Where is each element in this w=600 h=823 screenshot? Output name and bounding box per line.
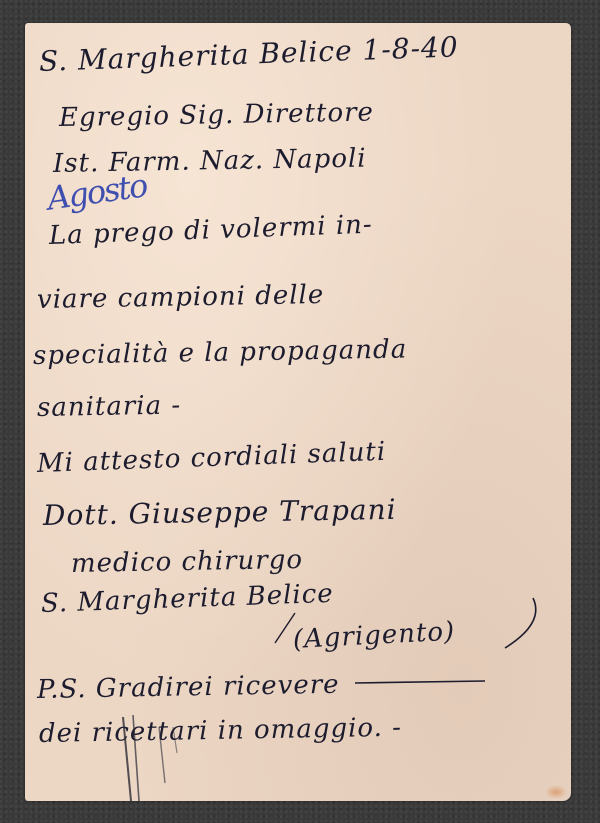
body-line-2: viare campioni delle	[37, 280, 325, 315]
signature-title: medico chirurgo	[71, 545, 304, 579]
addressee-line-1: Egregio Sig. Direttore	[59, 98, 374, 133]
body-line-1: La prego di volermi in-	[48, 210, 373, 251]
body-line-4: sanitaria -	[37, 390, 182, 423]
signature-province: (Agrigento)	[292, 617, 456, 655]
place-date-line: S. Margherita Belice 1-8-40	[38, 30, 459, 78]
postscript-line-1: P.S. Gradirei ricevere	[37, 670, 340, 705]
signature-town: S. Margherita Belice	[40, 579, 334, 619]
body-line-3: specialità e la propaganda	[33, 334, 408, 371]
corner-stain	[545, 785, 567, 799]
body-line-5: Mi attesto cordiali saluti	[36, 437, 386, 479]
postcard: S. Margherita Belice 1-8-40 Egregio Sig.…	[25, 23, 571, 801]
postscript-line-2: dei ricettari in omaggio. -	[39, 713, 402, 749]
signature-name: Dott. Giuseppe Trapani	[43, 493, 397, 532]
